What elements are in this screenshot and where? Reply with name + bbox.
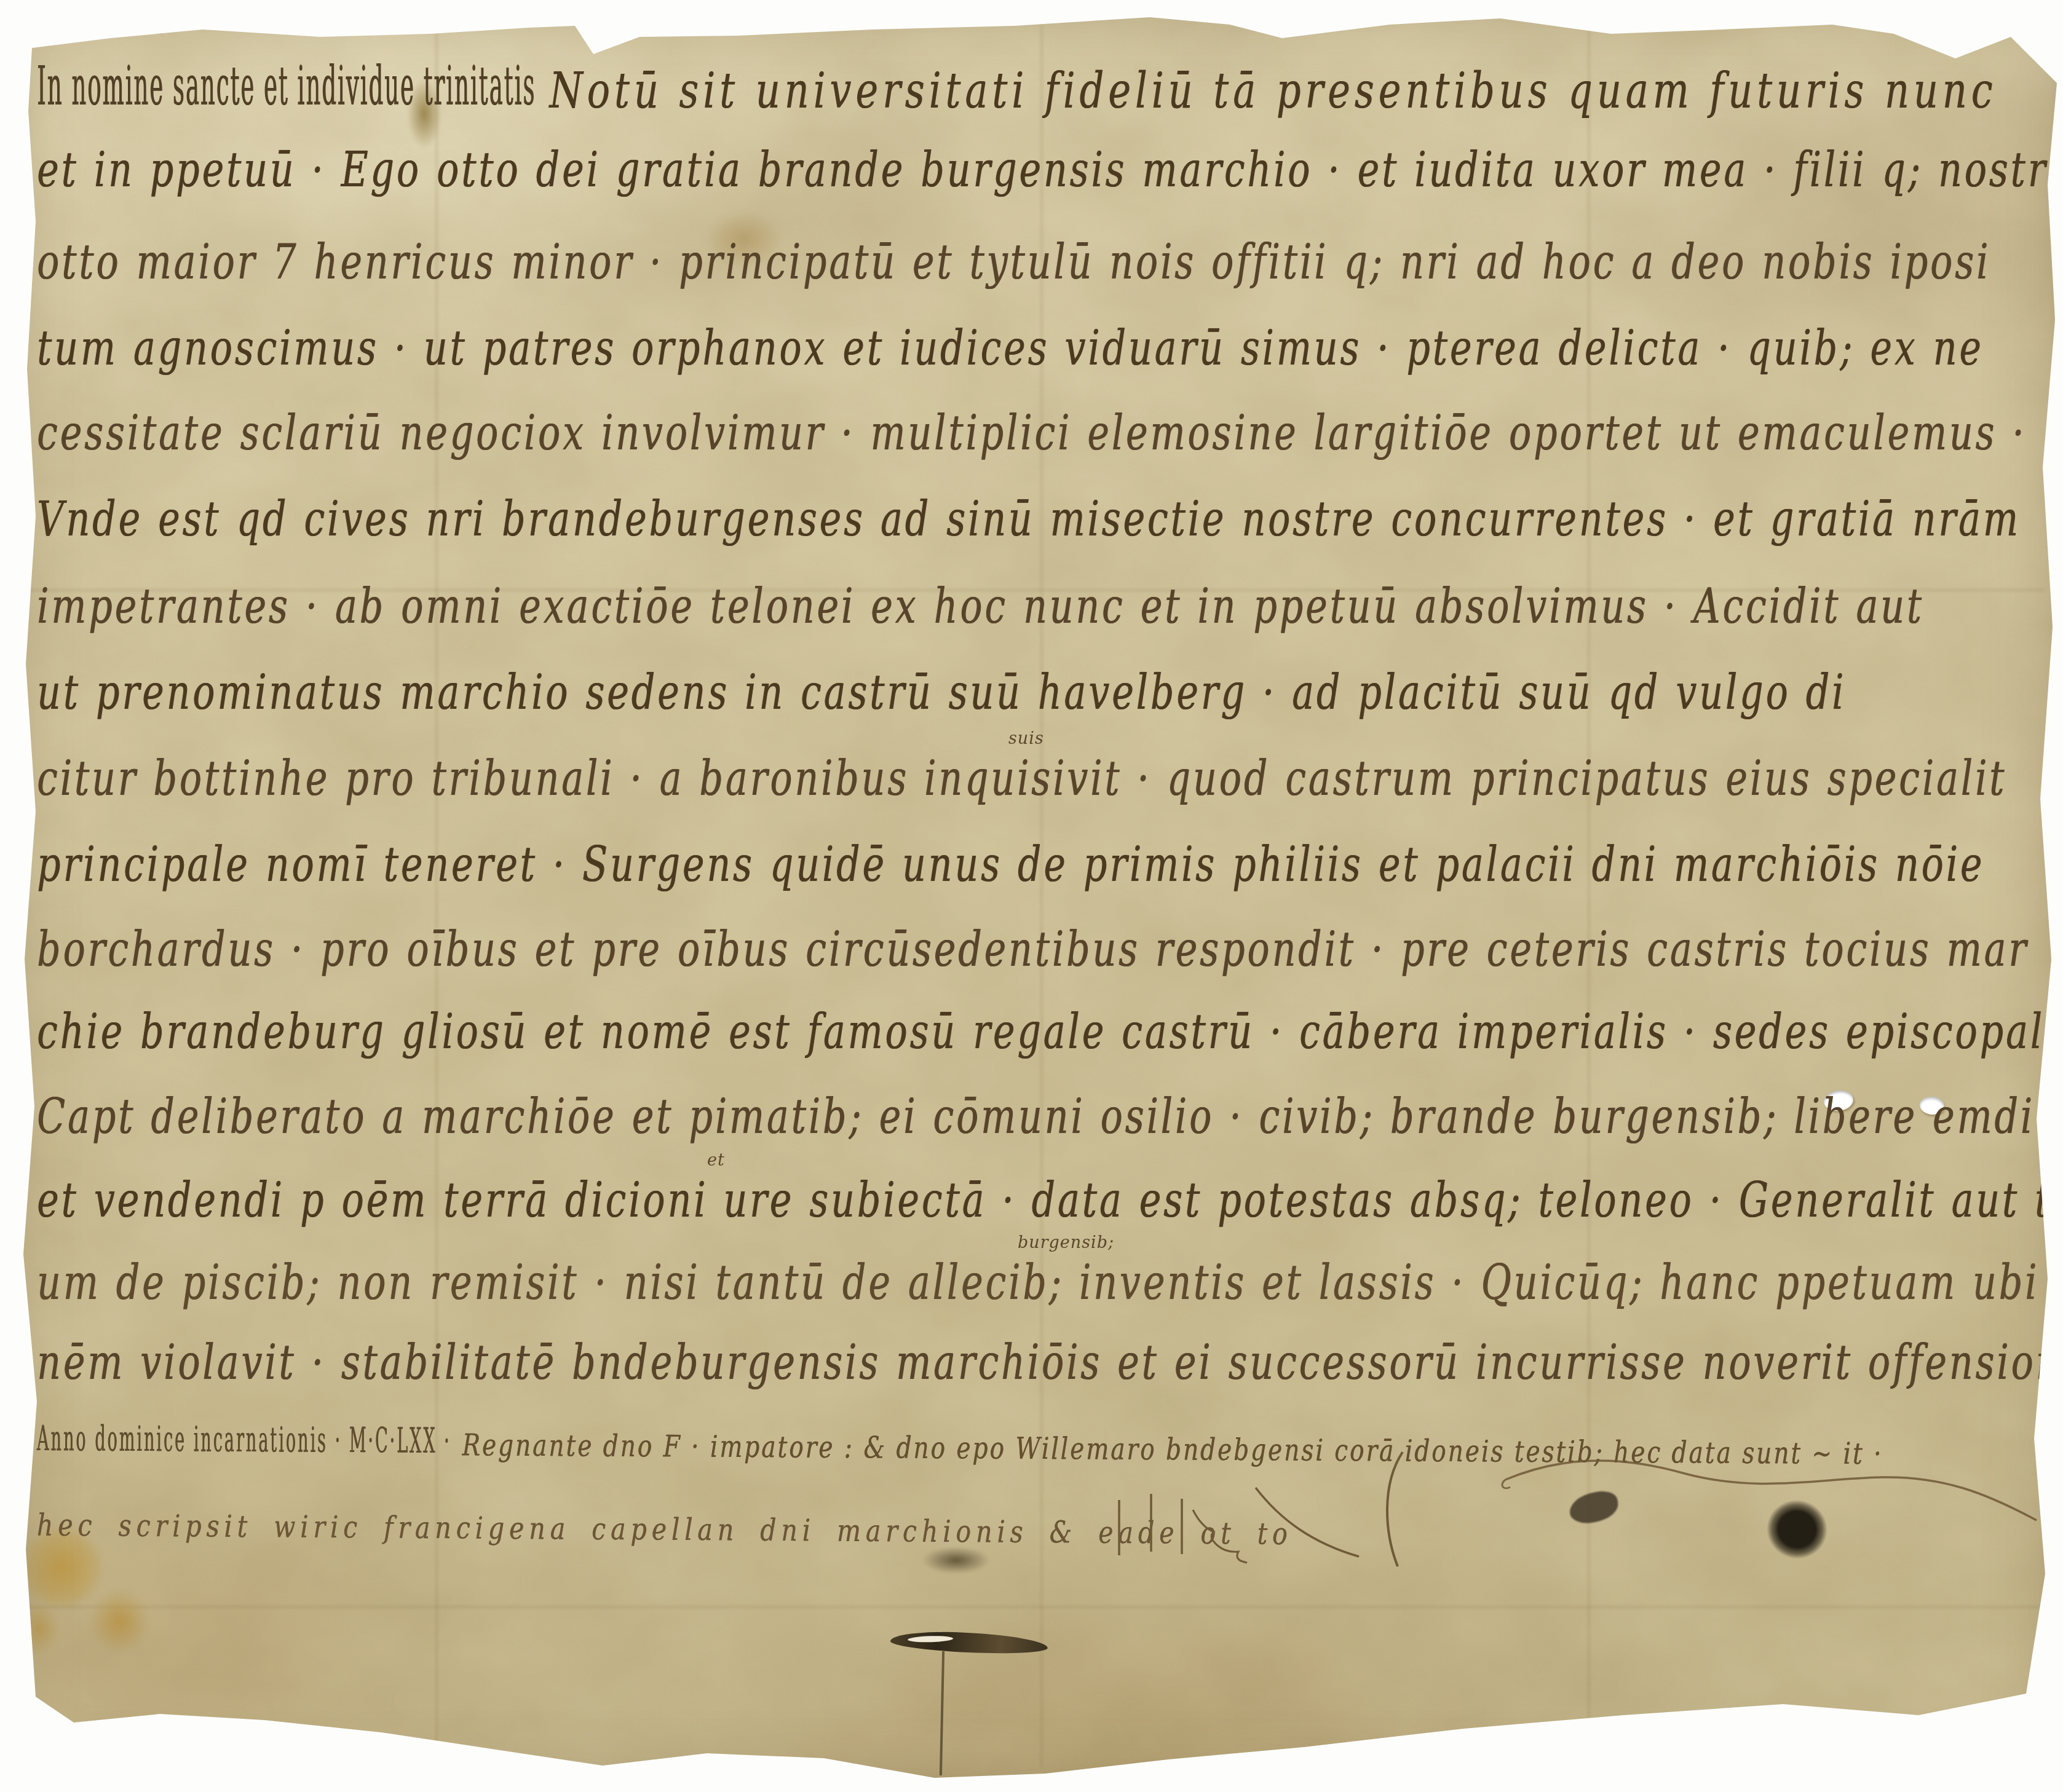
parchment-sheet: In nomine sancte et individue trinitatis… <box>0 0 2063 1792</box>
scanned-charter-page: In nomine sancte et individue trinitatis… <box>0 0 2063 1792</box>
edge-shading <box>0 0 2063 1792</box>
